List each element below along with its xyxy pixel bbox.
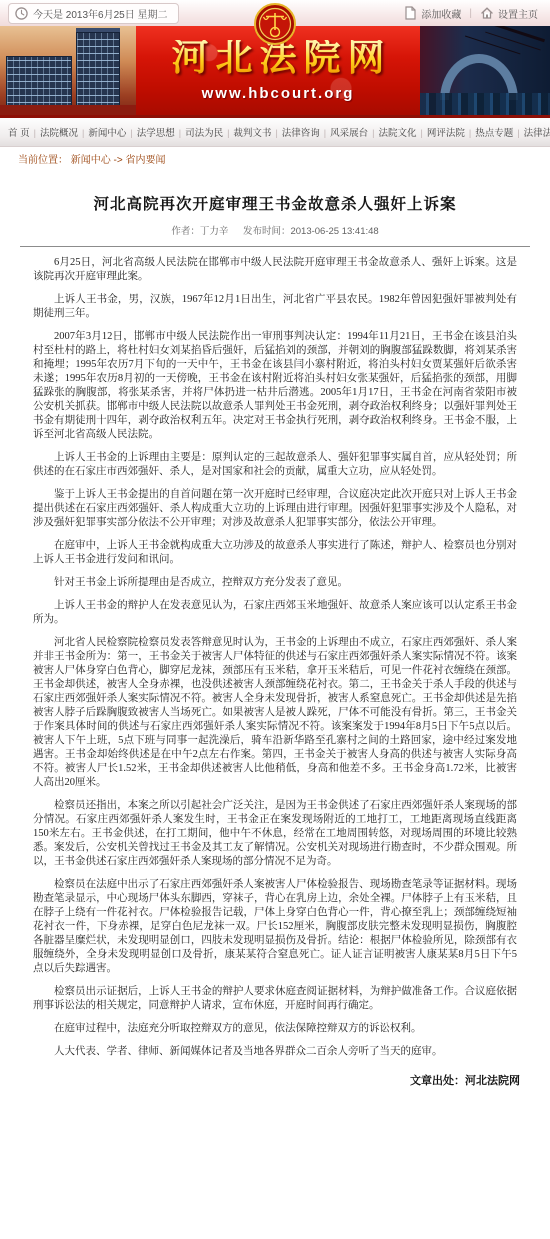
article-paragraph: 6月25日，河北省高级人民法院在邯郸市中级人民法院开庭审理王书金故意杀人、强奸上… [33, 256, 517, 284]
nav-item-hot-topics[interactable]: 热点专题 [465, 125, 513, 139]
site-name: 河北法院网 [165, 40, 392, 77]
article-paragraph: 鉴于上诉人王书金提出的自首问题在第一次开庭时已经审理，合议庭决定此次开庭只对上诉… [33, 488, 517, 530]
top-utility-bar: 今天是 2013年6月25日 星期二 添加收藏 | 设置主页 [0, 0, 550, 26]
courthouse-photo [0, 26, 136, 115]
courthouse-base [0, 105, 136, 115]
breadcrumb-path[interactable]: 新闻中心 -> 省内要闻 [71, 155, 166, 166]
breadcrumb-label: 当前位置： [18, 155, 68, 166]
article-title: 河北高院再次开庭审理王书金故意杀人强奸上诉案 [16, 192, 534, 214]
home-icon [480, 6, 494, 20]
article-paragraph: 人大代表、学者、律师、新闻媒体记者及当地各界群众二百余人旁听了当天的庭审。 [33, 1045, 517, 1059]
set-homepage-button[interactable]: 设置主页 [480, 6, 538, 21]
article-paragraph: 在庭审过程中，法庭充分听取控辩双方的意见，依法保障控辩双方的诉讼权利。 [33, 1022, 517, 1036]
add-favorite-button[interactable]: 添加收藏 [404, 6, 461, 21]
article-paragraph: 上诉人王书金，男，汉族，1967年12月1日出生，河北省广平县农民。1982年曾… [33, 293, 517, 321]
nav-item-court-review[interactable]: 网评法院 [417, 125, 465, 139]
main-nav: 首 页 法院概况 新闻中心 法学思想 司法为民 裁判文书 法律咨询 风采展台 法… [0, 118, 550, 147]
article-body: 6月25日，河北省高级人民法院在邯郸市中级人民法院开庭审理王书金故意杀人、强奸上… [16, 256, 534, 1059]
nav-item-justice-for-people[interactable]: 司法为民 [175, 125, 223, 139]
date-box: 今天是 2013年6月25日 星期二 [8, 3, 179, 24]
article-paragraph: 针对王书金上诉所提理由是否成立，控辩双方充分发表了意见。 [33, 576, 517, 590]
article-paragraph: 2007年3月12日，邯郸市中级人民法院作出一审刑事判决认定：1994年11月2… [33, 330, 517, 442]
branch-silhouette [487, 26, 545, 42]
water-reflection [420, 93, 550, 115]
article-paragraph: 检察员在法庭中出示了石家庄西郊强奸杀人案被害人尸体检验报告、现场勘查笔录等证据材… [33, 878, 517, 976]
article-paragraph: 上诉人王书金的辩护人在发表意见认为，石家庄西郊玉米地强奸、故意杀人案应该可以认定… [33, 599, 517, 627]
article-publish-time: 发布时间：2013-06-25 13:41:48 [243, 226, 379, 237]
nav-item-showcase[interactable]: 风采展台 [320, 125, 368, 139]
nav-item-laws-regulations[interactable]: 法律法规 [513, 125, 550, 139]
article-paragraph: 上诉人王书金的上诉理由主要是：原判认定的三起故意杀人、强奸犯罪事实属自首，应从轻… [33, 451, 517, 479]
nav-item-court-overview[interactable]: 法院概况 [30, 125, 78, 139]
top-right-links: 添加收藏 | 设置主页 [404, 6, 542, 21]
breadcrumb: 当前位置： 新闻中心 -> 省内要闻 [0, 147, 550, 174]
add-favorite-label: 添加收藏 [421, 6, 461, 21]
courthouse-tower-right [76, 32, 120, 115]
article-paragraph: 河北省人民检察院检察员发表答辩意见时认为，王书金的上诉理由不成立，石家庄西郊强奸… [33, 636, 517, 790]
nav-item-news-center[interactable]: 新闻中心 [78, 125, 126, 139]
topbar-separator: | [469, 8, 472, 19]
article-source: 文章出处：河北法院网 [16, 1072, 534, 1088]
article-author: 作者：丁力辛 [171, 226, 228, 237]
article-paragraph: 在庭审中，上诉人王书金就构成重大立功涉及的故意杀人事实进行了陈述，辩护人、检察员… [33, 539, 517, 567]
court-emblem-logo [254, 3, 296, 45]
bridge-photo [420, 26, 550, 115]
clock-icon [15, 7, 28, 20]
page-icon [404, 6, 417, 20]
nav-item-court-culture[interactable]: 法院文化 [368, 125, 416, 139]
nav-item-legal-thought[interactable]: 法学思想 [126, 125, 174, 139]
nav-item-judgment-documents[interactable]: 裁判文书 [223, 125, 271, 139]
article-container: 河北高院再次开庭审理王书金故意杀人强奸上诉案 作者：丁力辛 发布时间：2013-… [0, 174, 550, 1088]
nav-item-home[interactable]: 首 页 [8, 125, 30, 139]
article-paragraph: 检察员还指出，本案之所以引起社会广泛关注，是因为王书金供述了石家庄西郊强奸杀人案… [33, 799, 517, 869]
article-byline: 作者：丁力辛 发布时间：2013-06-25 13:41:48 [16, 223, 534, 237]
current-date-text: 今天是 2013年6月25日 星期二 [33, 6, 168, 21]
title-divider [20, 246, 530, 247]
site-url: www.hbcourt.org [202, 85, 355, 102]
nav-item-legal-consulting[interactable]: 法律咨询 [271, 125, 319, 139]
set-homepage-label: 设置主页 [498, 6, 538, 21]
article-paragraph: 检察员出示证据后，上诉人王书金的辩护人要求休庭查阅证据材料，为辩护做准备工作。合… [33, 985, 517, 1013]
